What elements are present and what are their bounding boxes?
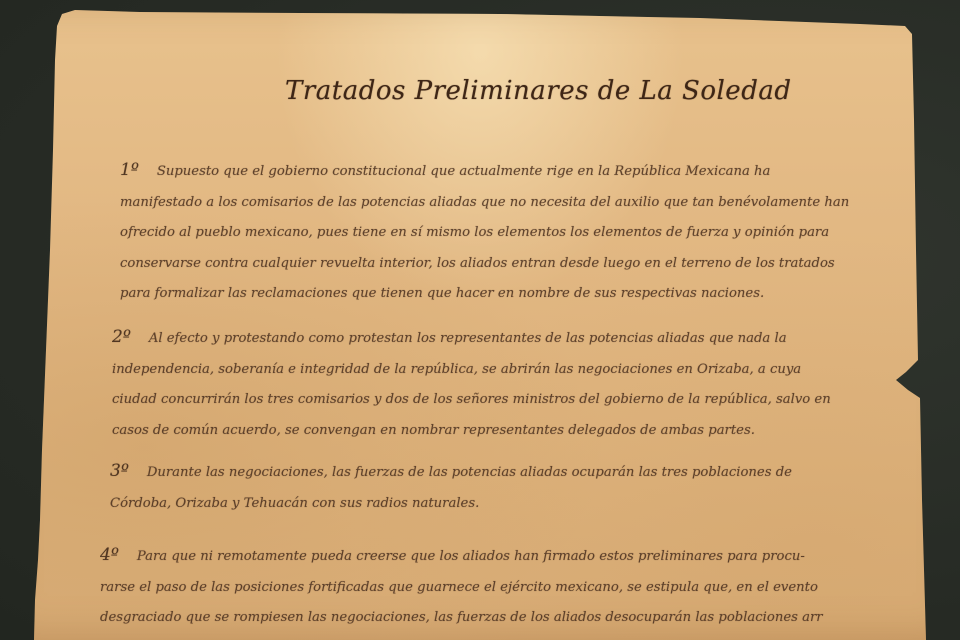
paragraph-4: 4ºPara que ni remotamente pueda creerse … (100, 540, 860, 634)
paragraph-line: desgraciado que se rompiesen las negocia… (100, 603, 860, 634)
line-text: Supuesto que el gobierno constitucional … (157, 164, 771, 179)
paragraph-number: 2º (112, 327, 131, 347)
line-text: Durante las negociaciones, las fuerzas d… (147, 465, 792, 480)
line-text: Al efecto y protestando como protestan l… (149, 331, 787, 346)
document-title: Tratados Preliminares de La Soledad (285, 76, 695, 106)
paragraph-1: 1ºSupuesto que el gobierno constituciona… (120, 155, 880, 310)
paragraph-line: independencia, soberanía e integridad de… (112, 355, 872, 386)
handwritten-document: Tratados Preliminares de La Soledad 1ºSu… (0, 0, 960, 640)
paragraph-number: 3º (110, 461, 129, 481)
line-text: Para que ni remotamente pueda creerse qu… (137, 549, 805, 564)
paragraph-line: 2ºAl efecto y protestando como protestan… (112, 322, 872, 355)
paragraph-line: para formalizar las reclamaciones que ti… (120, 279, 880, 310)
paragraph-line: Córdoba, Orizaba y Tehuacán con sus radi… (110, 489, 870, 520)
paragraph-number: 1º (120, 160, 139, 180)
paragraph-line: 4ºPara que ni remotamente pueda creerse … (100, 540, 860, 573)
paragraph-line: casos de común acuerdo, se convengan en … (112, 416, 872, 447)
photo-background: Tratados Preliminares de La Soledad 1ºSu… (0, 0, 960, 640)
paragraph-line: 1ºSupuesto que el gobierno constituciona… (120, 155, 880, 188)
paragraph-line: ofrecido al pueblo mexicano, pues tiene … (120, 218, 880, 249)
paragraph-line: 3ºDurante las negociaciones, las fuerzas… (110, 456, 870, 489)
paragraph-line: manifestado a los comisarios de las pote… (120, 188, 880, 219)
paragraph-2: 2ºAl efecto y protestando como protestan… (112, 322, 872, 446)
paragraph-line: conservarse contra cualquier revuelta in… (120, 249, 880, 280)
paragraph-line: rarse el paso de las posiciones fortific… (100, 573, 860, 604)
paragraph-line: ciudad concurrirán los tres comisarios y… (112, 385, 872, 416)
paragraph-3: 3ºDurante las negociaciones, las fuerzas… (110, 456, 870, 519)
paragraph-number: 4º (100, 545, 119, 565)
